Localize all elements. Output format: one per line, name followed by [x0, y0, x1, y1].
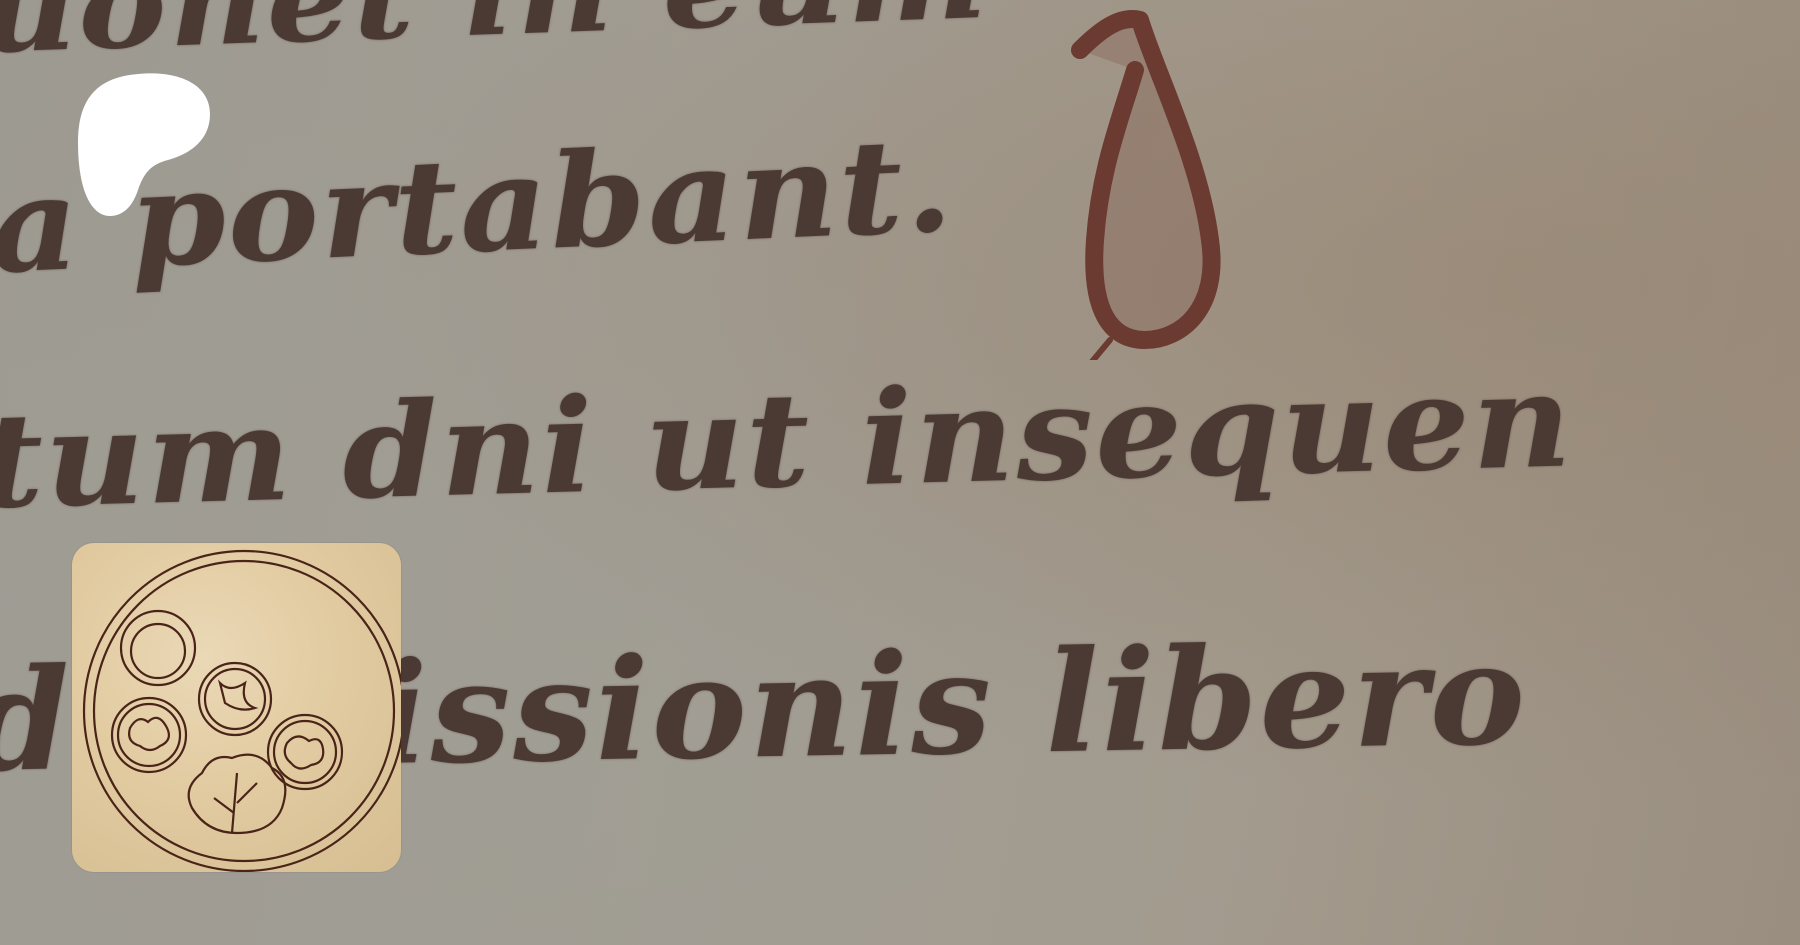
patreon-logo-icon — [78, 72, 211, 216]
manuscript-line: uonet in eum — [0, 0, 991, 81]
manuscript-line: tum dni ut insequen — [0, 343, 1575, 538]
drop-cap-d-icon — [1060, 10, 1230, 360]
plate-drawing-icon — [72, 543, 401, 872]
creator-avatar[interactable] — [72, 543, 401, 872]
